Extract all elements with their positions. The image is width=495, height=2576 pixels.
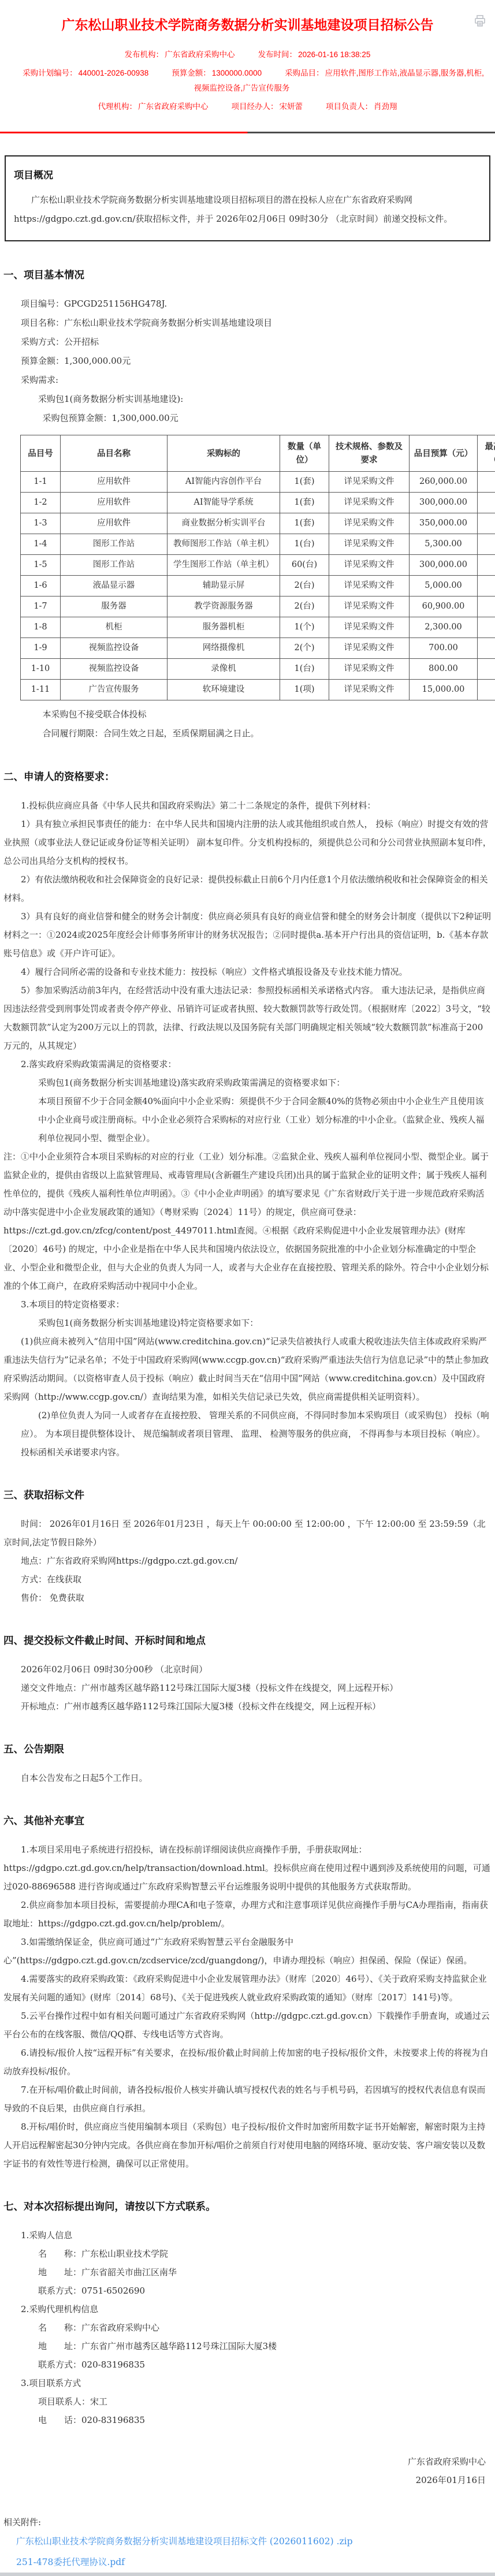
table-cell: 1-4 bbox=[21, 534, 61, 555]
section-paragraph: 2）有依法缴纳税收和社会保障资金的良好记录：提供投标截止日前6个月内任意1个月依… bbox=[3, 870, 492, 907]
table-cell: 机柜 bbox=[61, 617, 168, 638]
table-cell: 图形工作站 bbox=[61, 555, 168, 576]
section-paragraph: 名 称：广东松山职业技术学院 bbox=[3, 2245, 492, 2263]
table-cell: 2,300.00 bbox=[410, 617, 478, 638]
section-paragraph: 2.落实政府采购政策需满足的资格要求： bbox=[3, 1055, 492, 1073]
table-cell: 1(套) bbox=[280, 472, 329, 493]
meta-row: 发布机构：广东省政府采购中心发布时间：2026-01-16 18:38:25 bbox=[8, 47, 487, 62]
table-cell: 教学资源服务器 bbox=[168, 597, 280, 617]
table-cell: 详见采购文件 bbox=[329, 680, 410, 700]
section-paragraph: (1)供应商未被列入“信用中国”网站(www.creditchina.gov.c… bbox=[3, 1332, 492, 1406]
basic-info-lines: 项目编号：GPCGD251156HG478J.项目名称：广东松山职业技术学院商务… bbox=[0, 294, 495, 428]
bottom-scrollbar[interactable] bbox=[0, 2573, 495, 2576]
table-cell: 1-9 bbox=[21, 638, 61, 659]
table-cell: 详见采购文件 bbox=[329, 597, 410, 617]
table-row: 1-3应用软件商业数据分析实训平台1(套)详见采购文件350,000.00- bbox=[21, 513, 495, 534]
section-paragraph: 1.本项目采用电子系统进行招投标，请在投标前详细阅读供应商操作手册，手册获取网址… bbox=[3, 1840, 492, 1896]
basic-info-line: 采购包预算金额：1,300,000.00元 bbox=[3, 409, 492, 428]
meta-value: 宋妍蕾 bbox=[280, 102, 303, 111]
announcement-page: 广东松山职业技术学院商务数据分析实训基地建设项目招标公告 发布机构：广东省政府采… bbox=[0, 0, 495, 2576]
section-paragraph: 5）参加采购活动前3年内，在经营活动中没有重大违法记录：参照投标函相关承诺格式内… bbox=[3, 981, 492, 1055]
section-heading-5: 五、公告期限 bbox=[3, 1742, 492, 1756]
table-cell: 服务器机柜 bbox=[168, 617, 280, 638]
items-table-body: 1-1应用软件AI智能内容创作平台1(套)详见采购文件260,000.00-1-… bbox=[21, 472, 495, 700]
section-paragraph: 地 址：广东省广州市越秀区越华路112号珠江国际大厦3楼 bbox=[3, 2337, 492, 2355]
table-cell: - bbox=[478, 472, 495, 493]
table-cell: - bbox=[478, 597, 495, 617]
signature-block: 广东省政府采购中心 2026年01月16日 bbox=[0, 2452, 486, 2489]
table-cell: 1(项) bbox=[280, 680, 329, 700]
overview-text: 广东松山职业技术学院商务数据分析实训基地建设项目招标项目的潜在投标人应在广东省政… bbox=[14, 191, 481, 229]
table-cell: 700.00 bbox=[410, 638, 478, 659]
section-basic-info: 一、项目基本情况 项目编号：GPCGD251156HG478J.项目名称：广东松… bbox=[0, 241, 495, 743]
section-paragraph: 名 称：广东省政府采购中心 bbox=[3, 2318, 492, 2337]
table-cell: AI智能内容创作平台 bbox=[168, 472, 280, 493]
section-paragraph: 2.供应商参加本项目投标，需要提前办理CA和电子签章，办理方式和注意事项详见供应… bbox=[3, 1896, 492, 1933]
table-cell: 260,000.00 bbox=[410, 472, 478, 493]
page-title: 广东松山职业技术学院商务数据分析实训基地建设项目招标公告 bbox=[28, 16, 467, 33]
table-notes: 本采购包不接受联合体投标合同履行期限：合同生效之日起，至质保期届满之日止。 bbox=[0, 705, 495, 743]
table-cell: - bbox=[478, 555, 495, 576]
attachments-label: 相关附件: bbox=[3, 2514, 492, 2531]
table-cell: 视频监控设备 bbox=[61, 638, 168, 659]
section-paragraph: 6.请投标/报价人按“远程开标”有关要求，在投标/报价截止时间前上传加密的电子投… bbox=[3, 2044, 492, 2081]
table-row: 1-9视频监控设备网络摄像机2(个)详见采购文件700.00- bbox=[21, 638, 495, 659]
table-cell: 1(套) bbox=[280, 493, 329, 513]
meta-value: 1300000.0000 bbox=[212, 69, 262, 77]
table-header-row: 品目号品目名称采购标的数量（单位）技术规格、参数及要求品目预算（元）最高限价（元… bbox=[21, 435, 495, 472]
table-row: 1-8机柜服务器机柜1(个)详见采购文件2,300.00- bbox=[21, 617, 495, 638]
table-header-cell: 品目号 bbox=[21, 435, 61, 472]
section-paragraph: 4）履行合同所必需的设备和专业技术能力：按投标（响应）文件格式填报设备及专业技术… bbox=[3, 963, 492, 981]
meta-label: 采购计划编号： bbox=[23, 69, 77, 77]
meta-item: 发布时间：2026-01-16 18:38:25 bbox=[258, 50, 371, 59]
section-paragraph: 1.投标供应商应具备《中华人民共和国政府采购法》第二十二条规定的条件，提供下列材… bbox=[3, 796, 492, 815]
section-paragraph: 8.开标/唱价时，供应商应当使用编制本项目（采购包）电子投标/报价文件时加密所用… bbox=[3, 2118, 492, 2173]
table-row: 1-4图形工作站教师图形工作站（单主机）1(台)详见采购文件5,300.00- bbox=[21, 534, 495, 555]
table-cell: 1(台) bbox=[280, 534, 329, 555]
meta-item: 项目负责人：肖劲翔 bbox=[326, 102, 397, 111]
table-cell: 商业数据分析实训平台 bbox=[168, 513, 280, 534]
section-paragraph: 7.在开标/唱价截止时间前，请各投标/报价人核实并确认填写授权代表的姓名与手机号… bbox=[3, 2081, 492, 2118]
table-note: 本采购包不接受联合体投标 bbox=[3, 705, 492, 724]
section-paragraph: 1.采购人信息 bbox=[3, 2226, 492, 2245]
section-heading-6: 六、其他补充事宜 bbox=[3, 1814, 492, 1828]
meta-item: 预算金额：1300000.0000 bbox=[172, 69, 262, 77]
section-paragraph: 地点：广东省政府采购网https://gdgpo.czt.gd.gov.cn/ bbox=[3, 1552, 492, 1570]
meta-block: 发布机构：广东省政府采购中心发布时间：2026-01-16 18:38:25采购… bbox=[0, 47, 495, 118]
table-cell: 应用软件 bbox=[61, 493, 168, 513]
items-table-head: 品目号品目名称采购标的数量（单位）技术规格、参数及要求品目预算（元）最高限价（元… bbox=[21, 435, 495, 472]
table-cell: 详见采购文件 bbox=[329, 534, 410, 555]
section-paragraph: 注：①中小企业须符合本项目采购标的对应的行业（工业）划分标准。②监狱企业、残疾人… bbox=[3, 1147, 492, 1295]
table-cell: - bbox=[478, 513, 495, 534]
section-paragraph: 自本公告发布之日起5个工作日。 bbox=[3, 1769, 492, 1787]
table-cell: 详见采购文件 bbox=[329, 555, 410, 576]
meta-value: 440001-2026-00938 bbox=[79, 69, 149, 77]
section-paragraph: 5.云平台操作过程中如有相关问题可通过广东省政府采购网（http://gdgpc… bbox=[3, 2007, 492, 2044]
table-cell: 服务器 bbox=[61, 597, 168, 617]
table-header-cell: 数量（单位） bbox=[280, 435, 329, 472]
attachment-link[interactable]: 广东松山职业技术学院商务数据分析实训基地建设项目招标文件 (2026011602… bbox=[16, 2531, 492, 2552]
section-paragraph: 2026年02月06日 09时30分00秒 （北京时间） bbox=[3, 1660, 492, 1679]
table-cell: 2(个) bbox=[280, 638, 329, 659]
table-cell: 1(台) bbox=[280, 659, 329, 680]
table-cell: 1-5 bbox=[21, 555, 61, 576]
table-cell: 60,900.00 bbox=[410, 597, 478, 617]
table-cell: 300,000.00 bbox=[410, 493, 478, 513]
section-paragraph: 3）具有良好的商业信誉和健全的财务会计制度：供应商必须具有良好的商业信誉和健全的… bbox=[3, 907, 492, 963]
table-cell: 网络摄像机 bbox=[168, 638, 280, 659]
meta-label: 项目经办人： bbox=[232, 102, 278, 111]
table-cell: 录像机 bbox=[168, 659, 280, 680]
table-cell: 详见采购文件 bbox=[329, 659, 410, 680]
meta-label: 采购品目： bbox=[285, 69, 324, 77]
meta-item: 代理机构：广东省政府采购中心 bbox=[98, 102, 209, 111]
meta-item: 发布机构：广东省政府采购中心 bbox=[125, 50, 235, 59]
section-paragraph: 电 话：020-83196835 bbox=[3, 2411, 492, 2429]
table-cell: 300,000.00 bbox=[410, 555, 478, 576]
attachments-list: 广东松山职业技术学院商务数据分析实训基地建设项目招标文件 (2026011602… bbox=[3, 2531, 492, 2573]
section-heading-7: 七、对本次招标提出询问，请按以下方式联系。 bbox=[3, 2200, 492, 2213]
table-cell: 1-8 bbox=[21, 617, 61, 638]
table-cell: 图形工作站 bbox=[61, 534, 168, 555]
table-cell: 详见采购文件 bbox=[329, 576, 410, 597]
section-paragraph: 采购包1(商务数据分析实训基地建设)落实政府采购政策需满足的资格要求如下： bbox=[3, 1073, 492, 1092]
attachment-link[interactable]: 251-478委托代理协议.pdf bbox=[16, 2552, 492, 2573]
table-row: 1-7服务器教学资源服务器2(台)详见采购文件60,900.00- bbox=[21, 597, 495, 617]
table-cell: 液晶显示器 bbox=[61, 576, 168, 597]
table-cell: 1-2 bbox=[21, 493, 61, 513]
basic-info-line: 采购方式：公开招标 bbox=[3, 333, 492, 352]
table-cell: 详见采购文件 bbox=[329, 513, 410, 534]
table-cell: 1(个) bbox=[280, 617, 329, 638]
section-paragraph: 4.需要落实的政府采购政策：《政府采购促进中小企业发展管理办法》（财库〔2020… bbox=[3, 1970, 492, 2007]
table-cell: 软环境建设 bbox=[168, 680, 280, 700]
section-2: 二、申请人的资格要求：1.投标供应商应具备《中华人民共和国政府采购法》第二十二条… bbox=[0, 770, 495, 1462]
section-heading-4: 四、提交投标文件截止时间、开标时间和地点 bbox=[3, 1634, 492, 1647]
meta-label: 预算金额： bbox=[172, 69, 211, 77]
table-cell: - bbox=[478, 534, 495, 555]
table-header-cell: 品目名称 bbox=[61, 435, 168, 472]
sections-container: 二、申请人的资格要求：1.投标供应商应具备《中华人民共和国政府采购法》第二十二条… bbox=[0, 743, 495, 2429]
table-cell: - bbox=[478, 576, 495, 597]
table-header-cell: 采购标的 bbox=[168, 435, 280, 472]
basic-info-line: 预算金额：1,300,000.00元 bbox=[3, 352, 492, 371]
section-paragraph: 时间： 2026年01月16日 至 2026年01月23日 ，每天上午 00:0… bbox=[3, 1515, 492, 1552]
table-cell: - bbox=[478, 617, 495, 638]
meta-value: 广东省政府采购中心 bbox=[138, 102, 209, 111]
table-header-cell: 技术规格、参数及要求 bbox=[329, 435, 410, 472]
table-cell: 60(台) bbox=[280, 555, 329, 576]
section-paragraph: 售价： 免费获取 bbox=[3, 1589, 492, 1607]
table-cell: 详见采购文件 bbox=[329, 472, 410, 493]
table-cell: - bbox=[478, 493, 495, 513]
meta-item: 采购计划编号：440001-2026-00938 bbox=[23, 69, 148, 77]
section-paragraph: 开标地点：广州市越秀区越华路112号珠江国际大厦3楼（投标文件在线提交，网上远程… bbox=[3, 1697, 492, 1716]
table-cell: 1-1 bbox=[21, 472, 61, 493]
table-cell: 800.00 bbox=[410, 659, 478, 680]
section-heading-3: 三、获取招标文件 bbox=[3, 1488, 492, 1502]
section-paragraph: 1）具有独立承担民事责任的能力：在中华人民共和国境内注册的法人或其他组织或自然人… bbox=[3, 815, 492, 870]
meta-row: 采购计划编号：440001-2026-00938预算金额：1300000.000… bbox=[8, 66, 487, 96]
meta-item: 项目经办人：宋妍蕾 bbox=[232, 102, 303, 111]
table-cell: - bbox=[478, 680, 495, 700]
signature-date: 2026年01月16日 bbox=[0, 2471, 486, 2489]
meta-label: 代理机构： bbox=[98, 102, 137, 111]
table-row: 1-11广告宣传服务软环境建设1(项)详见采购文件15,000.00- bbox=[21, 680, 495, 700]
table-cell: 教师图形工作站（单主机） bbox=[168, 534, 280, 555]
section-paragraph: 3.如需缴纳保证金，供应商可通过“广东政府采购智慧云平台金融服务中心”(http… bbox=[3, 1933, 492, 1970]
table-cell: 辅助显示屏 bbox=[168, 576, 280, 597]
table-cell: 1-11 bbox=[21, 680, 61, 700]
section-paragraph: 地 址：广东省韶关市曲江区南华 bbox=[3, 2263, 492, 2282]
table-cell: 1-7 bbox=[21, 597, 61, 617]
header-divider bbox=[0, 132, 495, 133]
table-cell: 15,000.00 bbox=[410, 680, 478, 700]
section-paragraph: 采购包1(商务数据分析实训基地建设)特定资格要求如下： bbox=[3, 1314, 492, 1332]
basic-info-line: 采购需求: bbox=[3, 371, 492, 390]
table-cell: 5,000.00 bbox=[410, 576, 478, 597]
meta-value: 肖劲翔 bbox=[374, 102, 397, 111]
meta-label: 发布时间： bbox=[258, 50, 297, 59]
table-row: 1-1应用软件AI智能内容创作平台1(套)详见采购文件260,000.00- bbox=[21, 472, 495, 493]
table-cell: 广告宣传服务 bbox=[61, 680, 168, 700]
section-5: 五、公告期限自本公告发布之日起5个工作日。 bbox=[0, 1742, 495, 1787]
section-3: 三、获取招标文件时间： 2026年01月16日 至 2026年01月23日 ，每… bbox=[0, 1488, 495, 1607]
print-icon[interactable] bbox=[473, 14, 487, 28]
table-row: 1-6液晶显示器辅助显示屏2(台)详见采购文件5,000.00- bbox=[21, 576, 495, 597]
table-cell: 1-3 bbox=[21, 513, 61, 534]
project-overview-box: 项目概况 广东松山职业技术学院商务数据分析实训基地建设项目招标项目的潜在投标人应… bbox=[5, 155, 490, 241]
table-cell: 详见采购文件 bbox=[329, 493, 410, 513]
section-paragraph: 3.项目联系方式 bbox=[3, 2374, 492, 2392]
table-row: 1-5图形工作站学生图形工作站（单主机）60(台)详见采购文件300,000.0… bbox=[21, 555, 495, 576]
meta-value: 2026-01-16 18:38:25 bbox=[298, 50, 370, 59]
basic-info-line: 采购包1(商务数据分析实训基地建设): bbox=[3, 390, 492, 409]
table-cell: 应用软件 bbox=[61, 472, 168, 493]
section-paragraph: 递交文件地点：广州市越秀区越华路112号珠江国际大厦3楼（投标文件在线提交，网上… bbox=[3, 1679, 492, 1697]
table-cell: - bbox=[478, 659, 495, 680]
table-cell: 1-10 bbox=[21, 659, 61, 680]
table-cell: 350,000.00 bbox=[410, 513, 478, 534]
section-4: 四、提交投标文件截止时间、开标时间和地点2026年02月06日 09时30分00… bbox=[0, 1634, 495, 1716]
section-paragraph: 本项目预留不少于合同金额40%面向中小企业采购：须提供不少于合同金额40%的货物… bbox=[38, 1092, 492, 1147]
table-cell: 1(套) bbox=[280, 513, 329, 534]
attachments-block: 相关附件: 广东松山职业技术学院商务数据分析实训基地建设项目招标文件 (2026… bbox=[3, 2514, 492, 2573]
table-header-cell: 最高限价（元） bbox=[478, 435, 495, 472]
basic-info-line: 项目编号：GPCGD251156HG478J. bbox=[3, 294, 492, 314]
meta-value: 广东省政府采购中心 bbox=[165, 50, 235, 59]
meta-label: 发布机构： bbox=[125, 50, 164, 59]
table-row: 1-2应用软件AI智能导学系统1(套)详见采购文件300,000.00- bbox=[21, 493, 495, 513]
table-cell: - bbox=[478, 638, 495, 659]
basic-info-line: 项目名称：广东松山职业技术学院商务数据分析实训基地建设项目 bbox=[3, 314, 492, 333]
table-cell: 应用软件 bbox=[61, 513, 168, 534]
section-paragraph: (2)单位负责人为同一人或者存在直接控股、 管理关系的不同供应商，不得同时参加本… bbox=[21, 1406, 492, 1462]
section-paragraph: 项目联系人：宋工 bbox=[3, 2392, 492, 2411]
table-cell: 2(台) bbox=[280, 576, 329, 597]
table-cell: 详见采购文件 bbox=[329, 638, 410, 659]
table-cell: 2(台) bbox=[280, 597, 329, 617]
meta-label: 项目负责人： bbox=[326, 102, 373, 111]
section-heading-1: 一、项目基本情况 bbox=[3, 268, 492, 282]
section-paragraph: 方式：在线获取 bbox=[3, 1570, 492, 1589]
section-paragraph: 联系方式：0751-6502690 bbox=[3, 2282, 492, 2300]
items-table: 品目号品目名称采购标的数量（单位）技术规格、参数及要求品目预算（元）最高限价（元… bbox=[20, 435, 495, 700]
section-paragraph: 联系方式：020-83196835 bbox=[3, 2355, 492, 2374]
table-note: 合同履行期限：合同生效之日起，至质保期届满之日止。 bbox=[3, 724, 492, 743]
meta-row: 代理机构：广东省政府采购中心项目经办人：宋妍蕾项目负责人：肖劲翔 bbox=[8, 99, 487, 114]
section-paragraph: 3.本项目的特定资格要求： bbox=[3, 1295, 492, 1314]
table-cell: 详见采购文件 bbox=[329, 617, 410, 638]
section-paragraph: 2.采购代理机构信息 bbox=[3, 2300, 492, 2318]
section-heading-2: 二、申请人的资格要求： bbox=[3, 770, 492, 784]
table-cell: 5,300.00 bbox=[410, 534, 478, 555]
signature-org: 广东省政府采购中心 bbox=[0, 2452, 486, 2471]
table-header-cell: 品目预算（元） bbox=[410, 435, 478, 472]
table-cell: 视频监控设备 bbox=[61, 659, 168, 680]
section-6: 六、其他补充事宜1.本项目采用电子系统进行招投标，请在投标前详细阅读供应商操作手… bbox=[0, 1814, 495, 2173]
table-row: 1-10视频监控设备录像机1(台)详见采购文件800.00- bbox=[21, 659, 495, 680]
table-cell: 1-6 bbox=[21, 576, 61, 597]
table-cell: AI智能导学系统 bbox=[168, 493, 280, 513]
table-cell: 学生图形工作站（单主机） bbox=[168, 555, 280, 576]
overview-title: 项目概况 bbox=[14, 167, 481, 181]
section-7: 七、对本次招标提出询问，请按以下方式联系。1.采购人信息名 称：广东松山职业技术… bbox=[0, 2200, 495, 2429]
